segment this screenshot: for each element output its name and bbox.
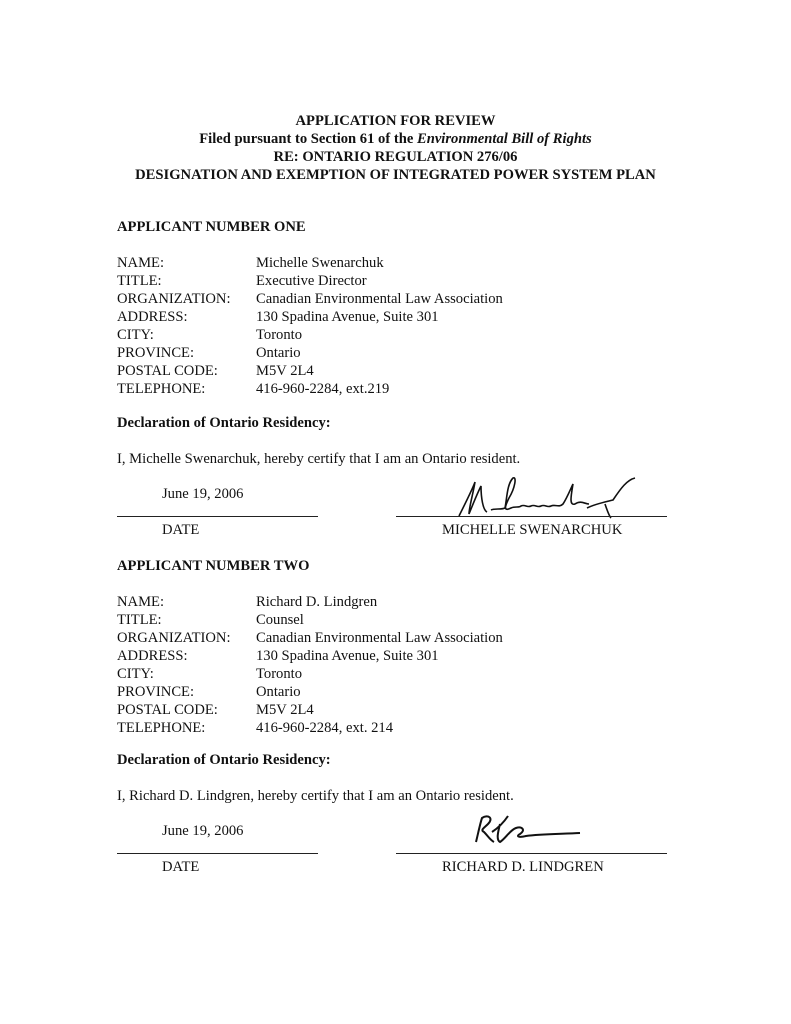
field-label: ADDRESS: [117, 308, 256, 326]
applicant-two-declaration-text: I, Richard D. Lindgren, hereby certify t… [117, 788, 514, 805]
applicant-two-heading: APPLICANT NUMBER TWO [117, 558, 309, 575]
field-row: NAME:Richard D. Lindgren [117, 593, 377, 611]
field-row: CITY:Toronto [117, 665, 302, 683]
field-row: NAME:Michelle Swenarchuk [117, 254, 384, 272]
field-row: POSTAL CODE:M5V 2L4 [117, 701, 314, 719]
field-value: Michelle Swenarchuk [256, 255, 384, 271]
regulation-title: DESIGNATION AND EXEMPTION OF INTEGRATED … [0, 166, 791, 184]
field-label: CITY: [117, 665, 256, 683]
field-label: TELEPHONE: [117, 719, 256, 737]
field-label: ORGANIZATION: [117, 629, 256, 647]
applicant-one-heading: APPLICANT NUMBER ONE [117, 219, 306, 236]
field-value: Canadian Environmental Law Association [256, 291, 503, 307]
applicant-two-signature-name: RICHARD D. LINDGREN [442, 859, 604, 876]
michelle-signature-icon [455, 474, 655, 522]
field-row: TELEPHONE:416-960-2284, ext. 214 [117, 719, 393, 737]
applicant-two-declaration-heading: Declaration of Ontario Residency: [117, 752, 331, 769]
field-label: POSTAL CODE: [117, 701, 256, 719]
field-value: M5V 2L4 [256, 363, 314, 379]
field-value: Ontario [256, 684, 301, 700]
field-label: ADDRESS: [117, 647, 256, 665]
applicant-one-signature-line [396, 516, 667, 517]
applicant-one-declaration-heading: Declaration of Ontario Residency: [117, 415, 331, 432]
field-value: Ontario [256, 345, 301, 361]
field-value: 416-960-2284, ext. 214 [256, 720, 393, 736]
applicant-one-date: June 19, 2006 [162, 486, 243, 503]
field-value: Toronto [256, 666, 302, 682]
field-row: ORGANIZATION:Canadian Environmental Law … [117, 290, 503, 308]
field-value: Counsel [256, 612, 304, 628]
applicant-one-date-line [117, 516, 318, 517]
applicant-two-date-line [117, 853, 318, 854]
field-value: M5V 2L4 [256, 702, 314, 718]
field-label: PROVINCE: [117, 683, 256, 701]
field-label: NAME: [117, 593, 256, 611]
field-label: TITLE: [117, 272, 256, 290]
document-header: APPLICATION FOR REVIEW Filed pursuant to… [0, 112, 791, 184]
field-row: ADDRESS:130 Spadina Avenue, Suite 301 [117, 647, 439, 665]
applicant-two-date-label: DATE [162, 859, 199, 876]
applicant-one-date-label: DATE [162, 522, 199, 539]
field-row: TELEPHONE:416-960-2284, ext.219 [117, 380, 389, 398]
field-value: 130 Spadina Avenue, Suite 301 [256, 309, 439, 325]
field-row: PROVINCE:Ontario [117, 344, 301, 362]
field-label: CITY: [117, 326, 256, 344]
richard-signature-icon [470, 812, 590, 848]
field-row: ADDRESS:130 Spadina Avenue, Suite 301 [117, 308, 439, 326]
field-row: TITLE:Executive Director [117, 272, 367, 290]
field-row: PROVINCE:Ontario [117, 683, 301, 701]
field-row: POSTAL CODE:M5V 2L4 [117, 362, 314, 380]
field-label: NAME: [117, 254, 256, 272]
field-row: ORGANIZATION:Canadian Environmental Law … [117, 629, 503, 647]
field-label: POSTAL CODE: [117, 362, 256, 380]
field-label: TELEPHONE: [117, 380, 256, 398]
applicant-two-signature-line [396, 853, 667, 854]
field-row: CITY:Toronto [117, 326, 302, 344]
field-value: Executive Director [256, 273, 367, 289]
field-value: 416-960-2284, ext.219 [256, 381, 389, 397]
field-value: 130 Spadina Avenue, Suite 301 [256, 648, 439, 664]
applicant-one-declaration-text: I, Michelle Swenarchuk, hereby certify t… [117, 451, 520, 468]
applicant-one-signature-name: MICHELLE SWENARCHUK [442, 522, 622, 539]
field-label: ORGANIZATION: [117, 290, 256, 308]
regulation-reference: RE: ONTARIO REGULATION 276/06 [0, 148, 791, 166]
field-row: TITLE:Counsel [117, 611, 304, 629]
act-name: Environmental Bill of Rights [417, 131, 592, 147]
field-value: Toronto [256, 327, 302, 343]
applicant-two-date: June 19, 2006 [162, 823, 243, 840]
field-value: Canadian Environmental Law Association [256, 630, 503, 646]
field-label: PROVINCE: [117, 344, 256, 362]
field-value: Richard D. Lindgren [256, 594, 377, 610]
document-title: APPLICATION FOR REVIEW [0, 112, 791, 130]
field-label: TITLE: [117, 611, 256, 629]
document-subtitle: Filed pursuant to Section 61 of the Envi… [0, 130, 791, 148]
